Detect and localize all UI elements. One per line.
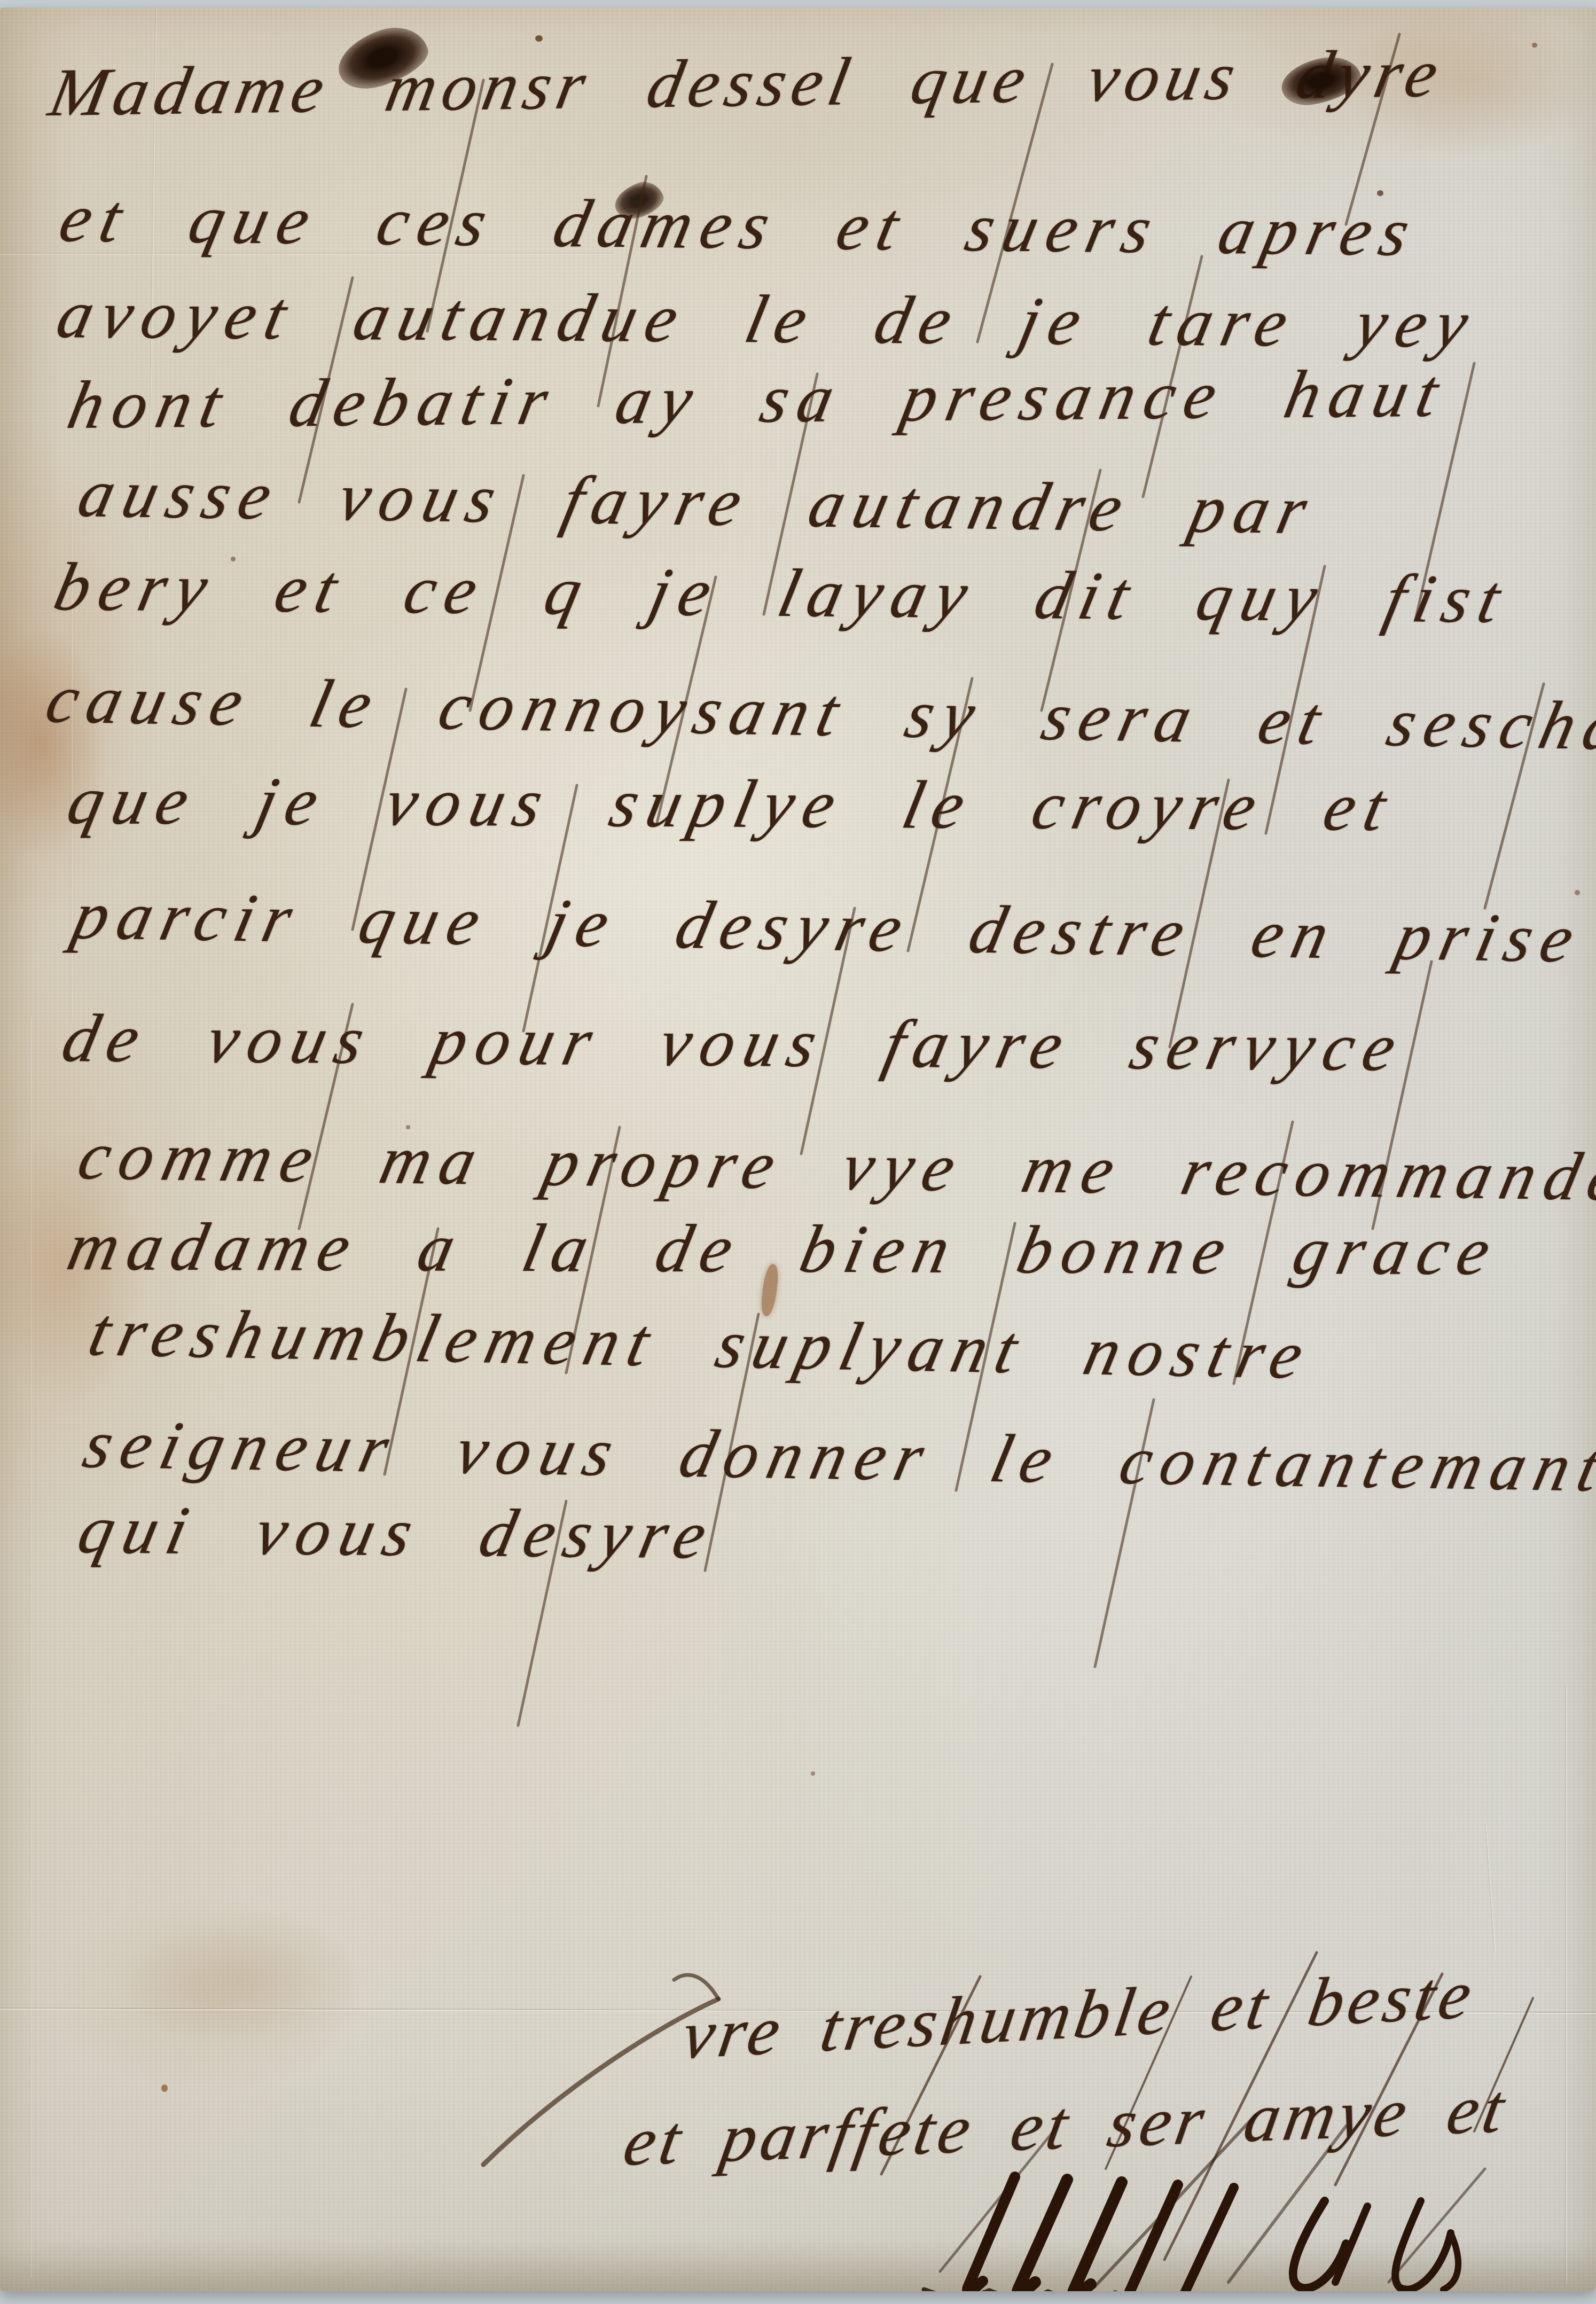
rust-speck <box>161 2084 168 2092</box>
manuscript-line-1: Madame monsr dessel que vous dyre <box>41 26 1452 140</box>
faint-stain-bottom-left <box>118 1909 363 2048</box>
ink-speck <box>1532 43 1537 48</box>
paper-bottom-edge-shading <box>0 2240 1596 2291</box>
fold-crease-vertical-lower-right <box>1565 1685 1567 2283</box>
photograph-of-manuscript-letter: { "document": { "kind": "aged handwritte… <box>0 0 1596 2304</box>
closing-line-1: vre treshumble et beste <box>676 1946 1482 2084</box>
manuscript-line-10: de vous pour vous fayre servyce <box>53 990 1414 1096</box>
manuscript-line-15: qui vous desyre <box>69 1482 725 1583</box>
fold-crease-tick-right <box>1485 1824 1496 1952</box>
manuscript-line-2: et que ces dames et suers apres <box>51 170 1428 280</box>
fold-crease-vertical-lower-left <box>29 1017 32 2278</box>
manuscript-line-9: parcir que je desyre destre en prise <box>64 868 1593 987</box>
manuscript-line-6: bery et ce q je layay dit quy fist <box>45 539 1519 647</box>
ink-speck <box>811 1771 815 1776</box>
manuscript-line-13: treshumblement suplyant nostre <box>80 1284 1322 1403</box>
letter-paper-sheet: Madame monsr dessel que vous dyre et que… <box>0 7 1596 2291</box>
manuscript-line-12: madame a la de bien bonne grace <box>59 1199 1508 1300</box>
manuscript-line-4: hont debatir ay sa presance haut <box>60 346 1456 454</box>
manuscript-line-8: que je vous suplye le croyre et <box>59 753 1404 855</box>
